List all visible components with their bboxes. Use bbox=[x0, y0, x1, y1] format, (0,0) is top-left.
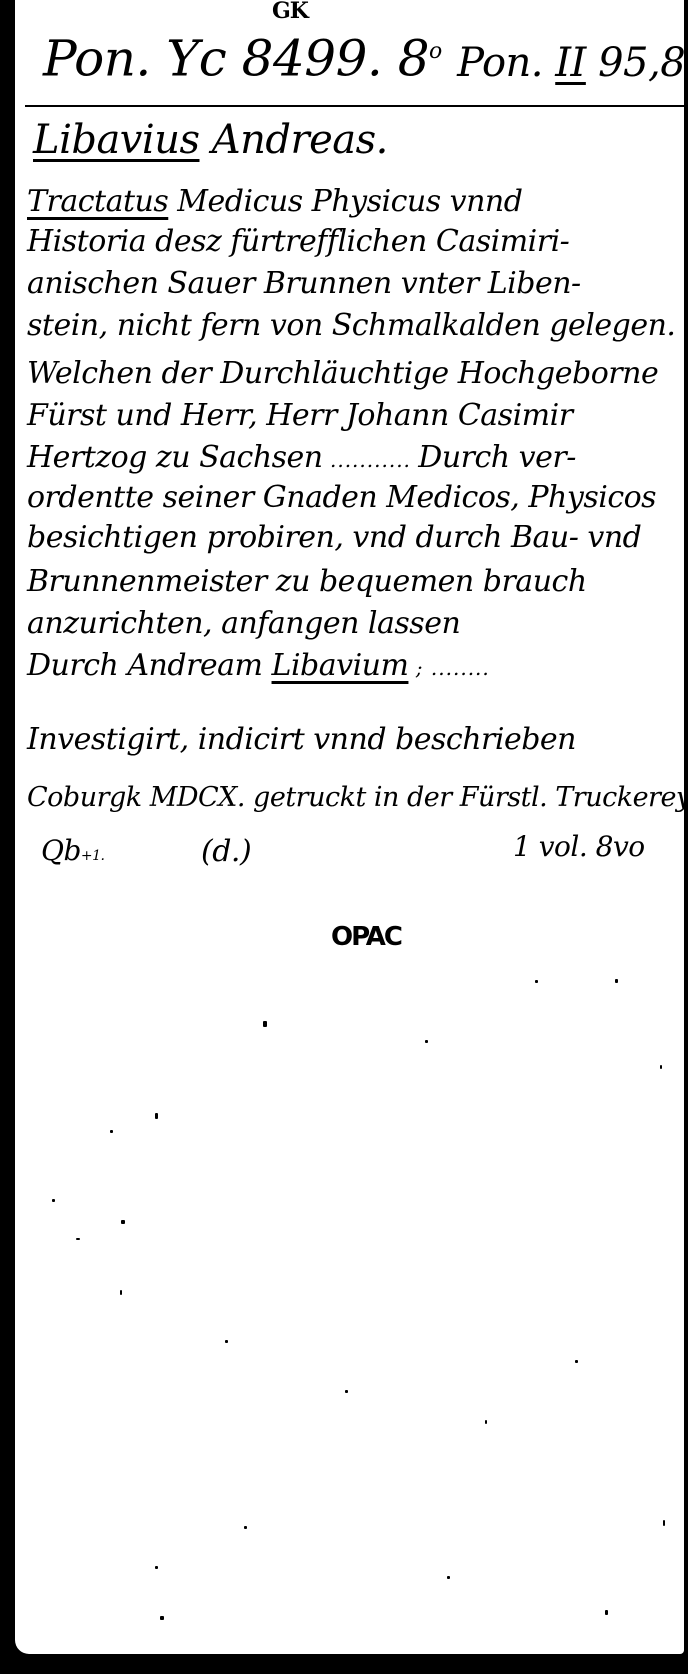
scan-speck bbox=[425, 1040, 428, 1043]
scan-speck bbox=[244, 1526, 247, 1529]
scan-speck bbox=[120, 1290, 122, 1295]
header-rule bbox=[25, 105, 684, 107]
location-code: Qb+1. bbox=[41, 834, 104, 867]
title-line-5: Welchen der Durchläuchtige Hochgeborne bbox=[27, 354, 658, 394]
scan-speck bbox=[155, 1566, 158, 1569]
scan-speck bbox=[155, 1113, 158, 1119]
title-line-13: Investigirt, indicirt vnnd beschrieben bbox=[27, 720, 576, 760]
scan-speck bbox=[160, 1616, 164, 1620]
scan-speck bbox=[110, 1130, 113, 1133]
title-line-6: Fürst und Herr, Herr Johann Casimir bbox=[27, 396, 573, 436]
author-surname: Libavius bbox=[33, 117, 200, 163]
imprint-line: Coburgk MDCX. getruckt in der Fürstl. Tr… bbox=[27, 778, 684, 818]
shelfmark-format: 8 bbox=[398, 30, 429, 88]
scan-speck bbox=[263, 1021, 267, 1027]
author-forename: Andreas. bbox=[212, 117, 388, 163]
title-line-9: besichtigen probiren, vnd durch Bau- vnd bbox=[27, 518, 641, 558]
title-line-8: ordentte seiner Gnaden Medicos, Physicos bbox=[27, 478, 656, 518]
scan-speck bbox=[225, 1340, 228, 1343]
title-line-3: anischen Sauer Brunnen vnter Liben- bbox=[27, 264, 581, 304]
title-line-7: Hertzog zu Sachsen ........... Durch ver… bbox=[27, 438, 576, 480]
library-stamp: OPAC bbox=[331, 922, 401, 952]
title-line-11: anzurichten, anfangen lassen bbox=[27, 604, 460, 644]
scan-speck bbox=[52, 1199, 55, 1202]
title-line-10: Brunnenmeister zu bequemen brauch bbox=[27, 562, 587, 602]
scan-speck bbox=[447, 1576, 450, 1579]
scan-speck bbox=[535, 980, 538, 983]
title-line-4: stein, nicht fern von Schmalkalden geleg… bbox=[27, 306, 675, 346]
title-line-2: Historia desz fürtrefflichen Casimiri- bbox=[27, 222, 569, 262]
card-note: (d.) bbox=[201, 834, 251, 869]
scan-speck bbox=[615, 979, 618, 983]
catalog-card: GK Pon. Yc 8499. 8o Pon. II 95,8o Libavi… bbox=[15, 0, 684, 1654]
scan-speck bbox=[485, 1420, 487, 1424]
alt-ref: Pon. II 95,8o bbox=[457, 40, 684, 86]
scan-speck bbox=[663, 1520, 665, 1526]
title-line-1: Tractatus Medicus Physicus vnnd bbox=[27, 182, 522, 222]
shelfmark-format-sup: o bbox=[429, 39, 442, 64]
author-heading: Libavius Andreas. bbox=[33, 112, 388, 168]
scan-speck bbox=[605, 1610, 608, 1615]
scan-speck bbox=[575, 1360, 578, 1363]
scan-speck bbox=[660, 1065, 662, 1069]
scan-speck bbox=[345, 1390, 348, 1393]
volume-count: 1 vol. 8vo bbox=[513, 830, 645, 863]
scan-speck bbox=[76, 1238, 80, 1240]
shelfmark-signature: Yc 8499. bbox=[166, 30, 382, 88]
scan-speck bbox=[121, 1220, 125, 1224]
title-line-12: Durch Andream Libavium ; ........ bbox=[27, 646, 490, 688]
shelfmark-prefix: Pon. bbox=[43, 30, 151, 88]
shelfmark: Pon. Yc 8499. 8o Pon. II 95,8o bbox=[43, 20, 684, 95]
